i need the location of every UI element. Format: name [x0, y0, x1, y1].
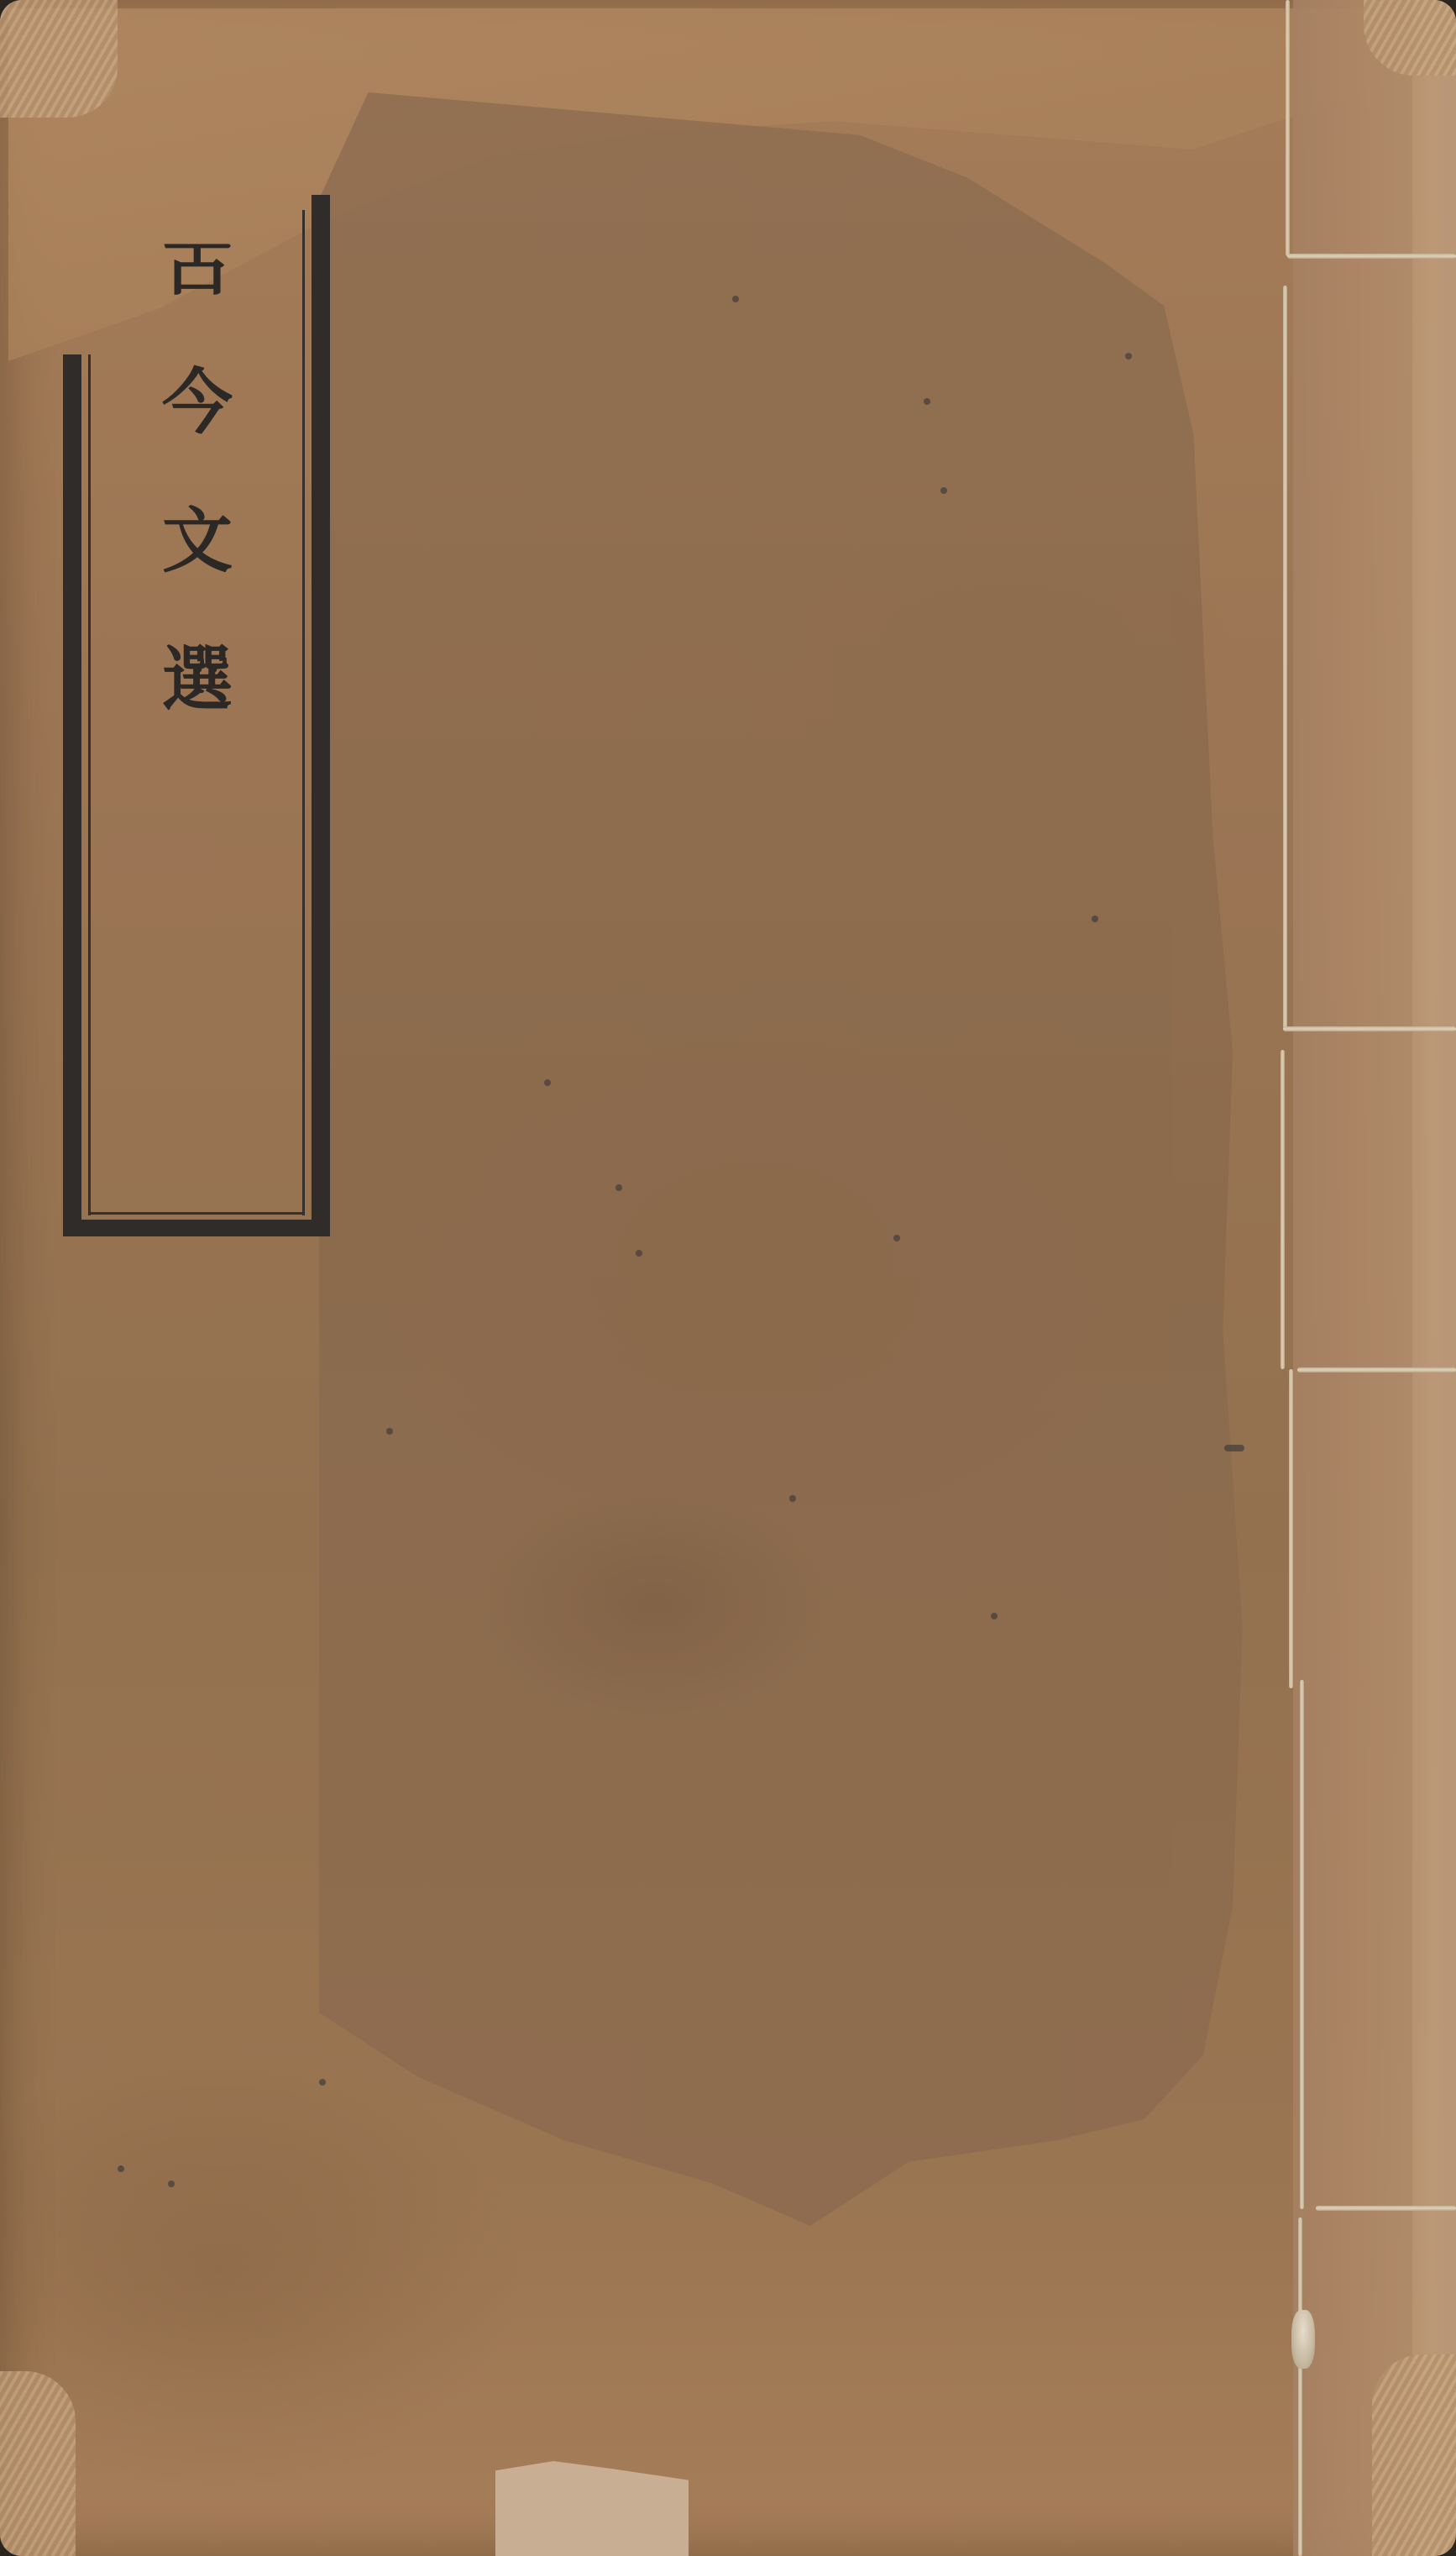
bottom-tear	[495, 2461, 689, 2556]
binding-thread	[1281, 1050, 1285, 1369]
binding-stitch	[1283, 1026, 1456, 1031]
stain	[732, 296, 739, 302]
binding-stitch	[1297, 1367, 1456, 1372]
title-char: 今	[162, 367, 233, 438]
frayed-corner-bottom-left	[0, 2371, 76, 2556]
title-char: 文	[162, 506, 233, 576]
stain	[544, 1079, 551, 1086]
book-cover: 古 今 文 選	[0, 0, 1456, 2556]
binding-thread	[1298, 2217, 1302, 2556]
stain	[615, 1184, 622, 1191]
stain	[168, 2181, 175, 2187]
inner-paper-sheet	[319, 92, 1301, 2226]
frayed-corner-bottom-right	[1372, 2354, 1456, 2556]
title-char: 選	[162, 644, 233, 715]
page-edges	[1412, 0, 1456, 2556]
binding-thread	[1283, 286, 1287, 1029]
stain	[924, 398, 930, 405]
stain	[1125, 353, 1132, 360]
thread-knot	[1291, 2310, 1315, 2369]
frayed-corner-top-left	[0, 0, 118, 118]
label-inner-line-right	[302, 210, 305, 1215]
binding-thread	[1289, 1369, 1293, 1688]
label-frame-bottom	[63, 1220, 330, 1236]
label-frame-left	[63, 354, 81, 1236]
stain	[940, 487, 947, 494]
stain	[991, 1613, 998, 1619]
binding-thread	[1300, 1680, 1304, 2209]
stain	[118, 2165, 124, 2172]
stain	[789, 1495, 796, 1502]
label-frame-right	[312, 195, 330, 1236]
stain	[319, 2079, 326, 2086]
stain	[636, 1250, 642, 1257]
label-inner-line-left	[88, 354, 91, 1215]
stain	[893, 1235, 900, 1241]
book-title: 古 今 文 選	[113, 228, 281, 783]
binding-stitch	[1287, 254, 1456, 259]
binding-stitch	[1316, 2206, 1456, 2211]
title-label: 古 今 文 選	[63, 195, 330, 1236]
stain	[1224, 1445, 1244, 1451]
stain	[1092, 916, 1098, 922]
title-char: 古	[162, 228, 233, 299]
binding-thread	[1286, 0, 1290, 256]
label-inner-line-bottom	[88, 1212, 305, 1215]
stain	[386, 1428, 393, 1435]
